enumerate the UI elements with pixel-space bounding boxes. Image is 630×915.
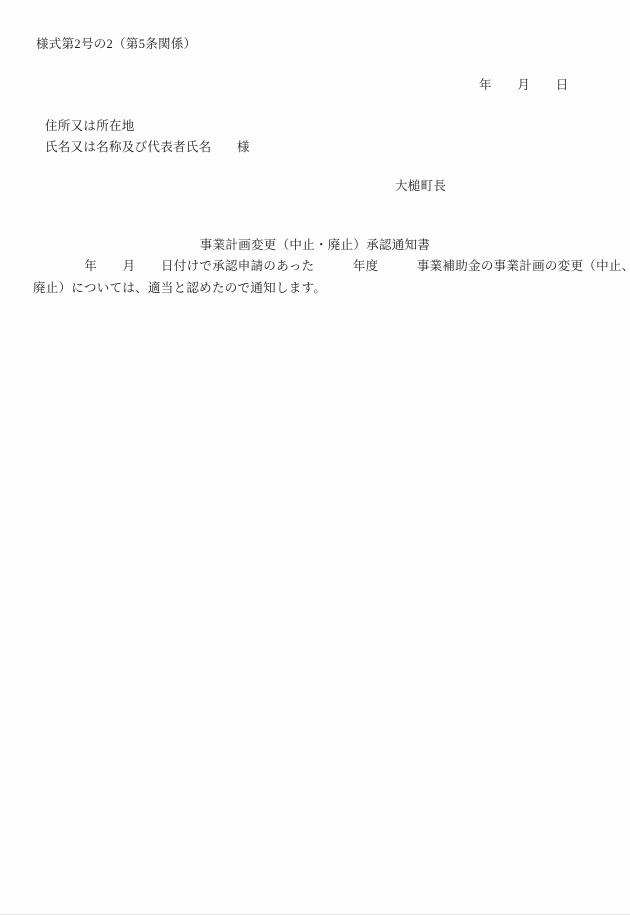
date-blank-line: 年 月 日 [479, 78, 569, 93]
recipient-address-label: 住所又は所在地 [45, 119, 135, 134]
form-number: 様式第2号の2（第5条関係） [36, 37, 196, 52]
document-page: 様式第2号の2（第5条関係） 年 月 日 住所又は所在地 氏名又は名称及び代表者… [0, 0, 630, 915]
body-paragraph-line-2: 廃止）については、適当と認めたので通知します。 [33, 281, 326, 296]
body-paragraph-line-1: 年 月 日付けで承認申請のあった 年度 事業補助金の事業計画の変更（中止、 [33, 259, 630, 274]
sender-mayor-label: 大槌町長 [395, 179, 446, 194]
recipient-name-label: 氏名又は名称及び代表者氏名 様 [45, 140, 250, 155]
document-title: 事業計画変更（中止・廃止）承認通知書 [0, 238, 630, 253]
